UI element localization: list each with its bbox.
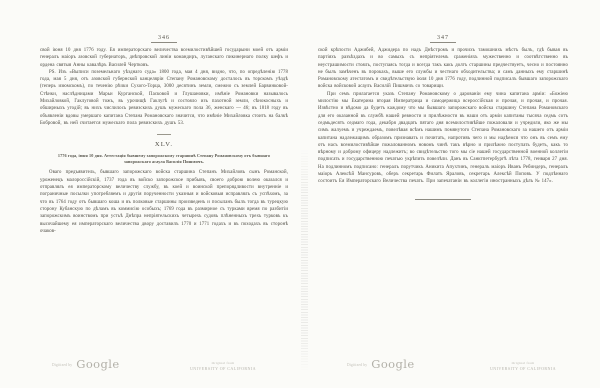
left-page-number: 346 (151, 35, 177, 43)
library-stamp-right: Original from UNIVERSITY OF CALIFORNIA (478, 361, 568, 371)
google-watermark-left: Digitized by Google (52, 355, 120, 373)
left-paragraph-attestation: Оваго предъявитель, бывшаго запорожскаго… (40, 169, 288, 235)
library-stamp-left: Original from UNIVERSITY OF CALIFORNIA (178, 361, 268, 371)
google-logo: Google (371, 357, 414, 371)
google-watermark-right: Digitized by Google (347, 355, 415, 373)
section-heading: 1776 года, іюня 10 дня. Аттестація бывше… (50, 153, 278, 164)
left-page: 346 свой іюня 10 дня 1776 году. Ея импер… (40, 26, 288, 235)
digitized-by-label: Digitized by (347, 363, 367, 367)
right-page-number-row: 347 (318, 26, 568, 38)
digitized-by-label: Digitized by (52, 363, 72, 367)
end-of-section-rule (415, 199, 471, 200)
section-number: XLV. (40, 141, 288, 148)
right-paragraph-continuation: ской крѣпости Аджибей, Аджидера по надъ … (318, 47, 568, 91)
google-logo: Google (76, 357, 119, 371)
university-label: UNIVERSITY OF CALIFORNIA (478, 366, 568, 371)
right-page: 347 ской крѣпости Аджибей, Аджидера по н… (318, 26, 568, 200)
section-separator-dash (157, 134, 171, 135)
book-scan-spread: 346 свой іюня 10 дня 1776 году. Ея импер… (0, 0, 600, 388)
left-paragraph-ps-note: РЅ. Изъ «Выписи поземельнаго уѣзднаго су… (40, 69, 288, 127)
gutter-marginalia-marks (301, 148, 308, 372)
left-page-number-row: 346 (40, 26, 288, 38)
university-label: UNIVERSITY OF CALIFORNIA (178, 366, 268, 371)
right-paragraph-decree: При семъ прилагается указъ Степану Роман… (318, 91, 568, 186)
left-paragraph-continuation: свой іюня 10 дня 1776 году. Ея император… (40, 47, 288, 69)
right-page-number: 347 (430, 35, 456, 43)
